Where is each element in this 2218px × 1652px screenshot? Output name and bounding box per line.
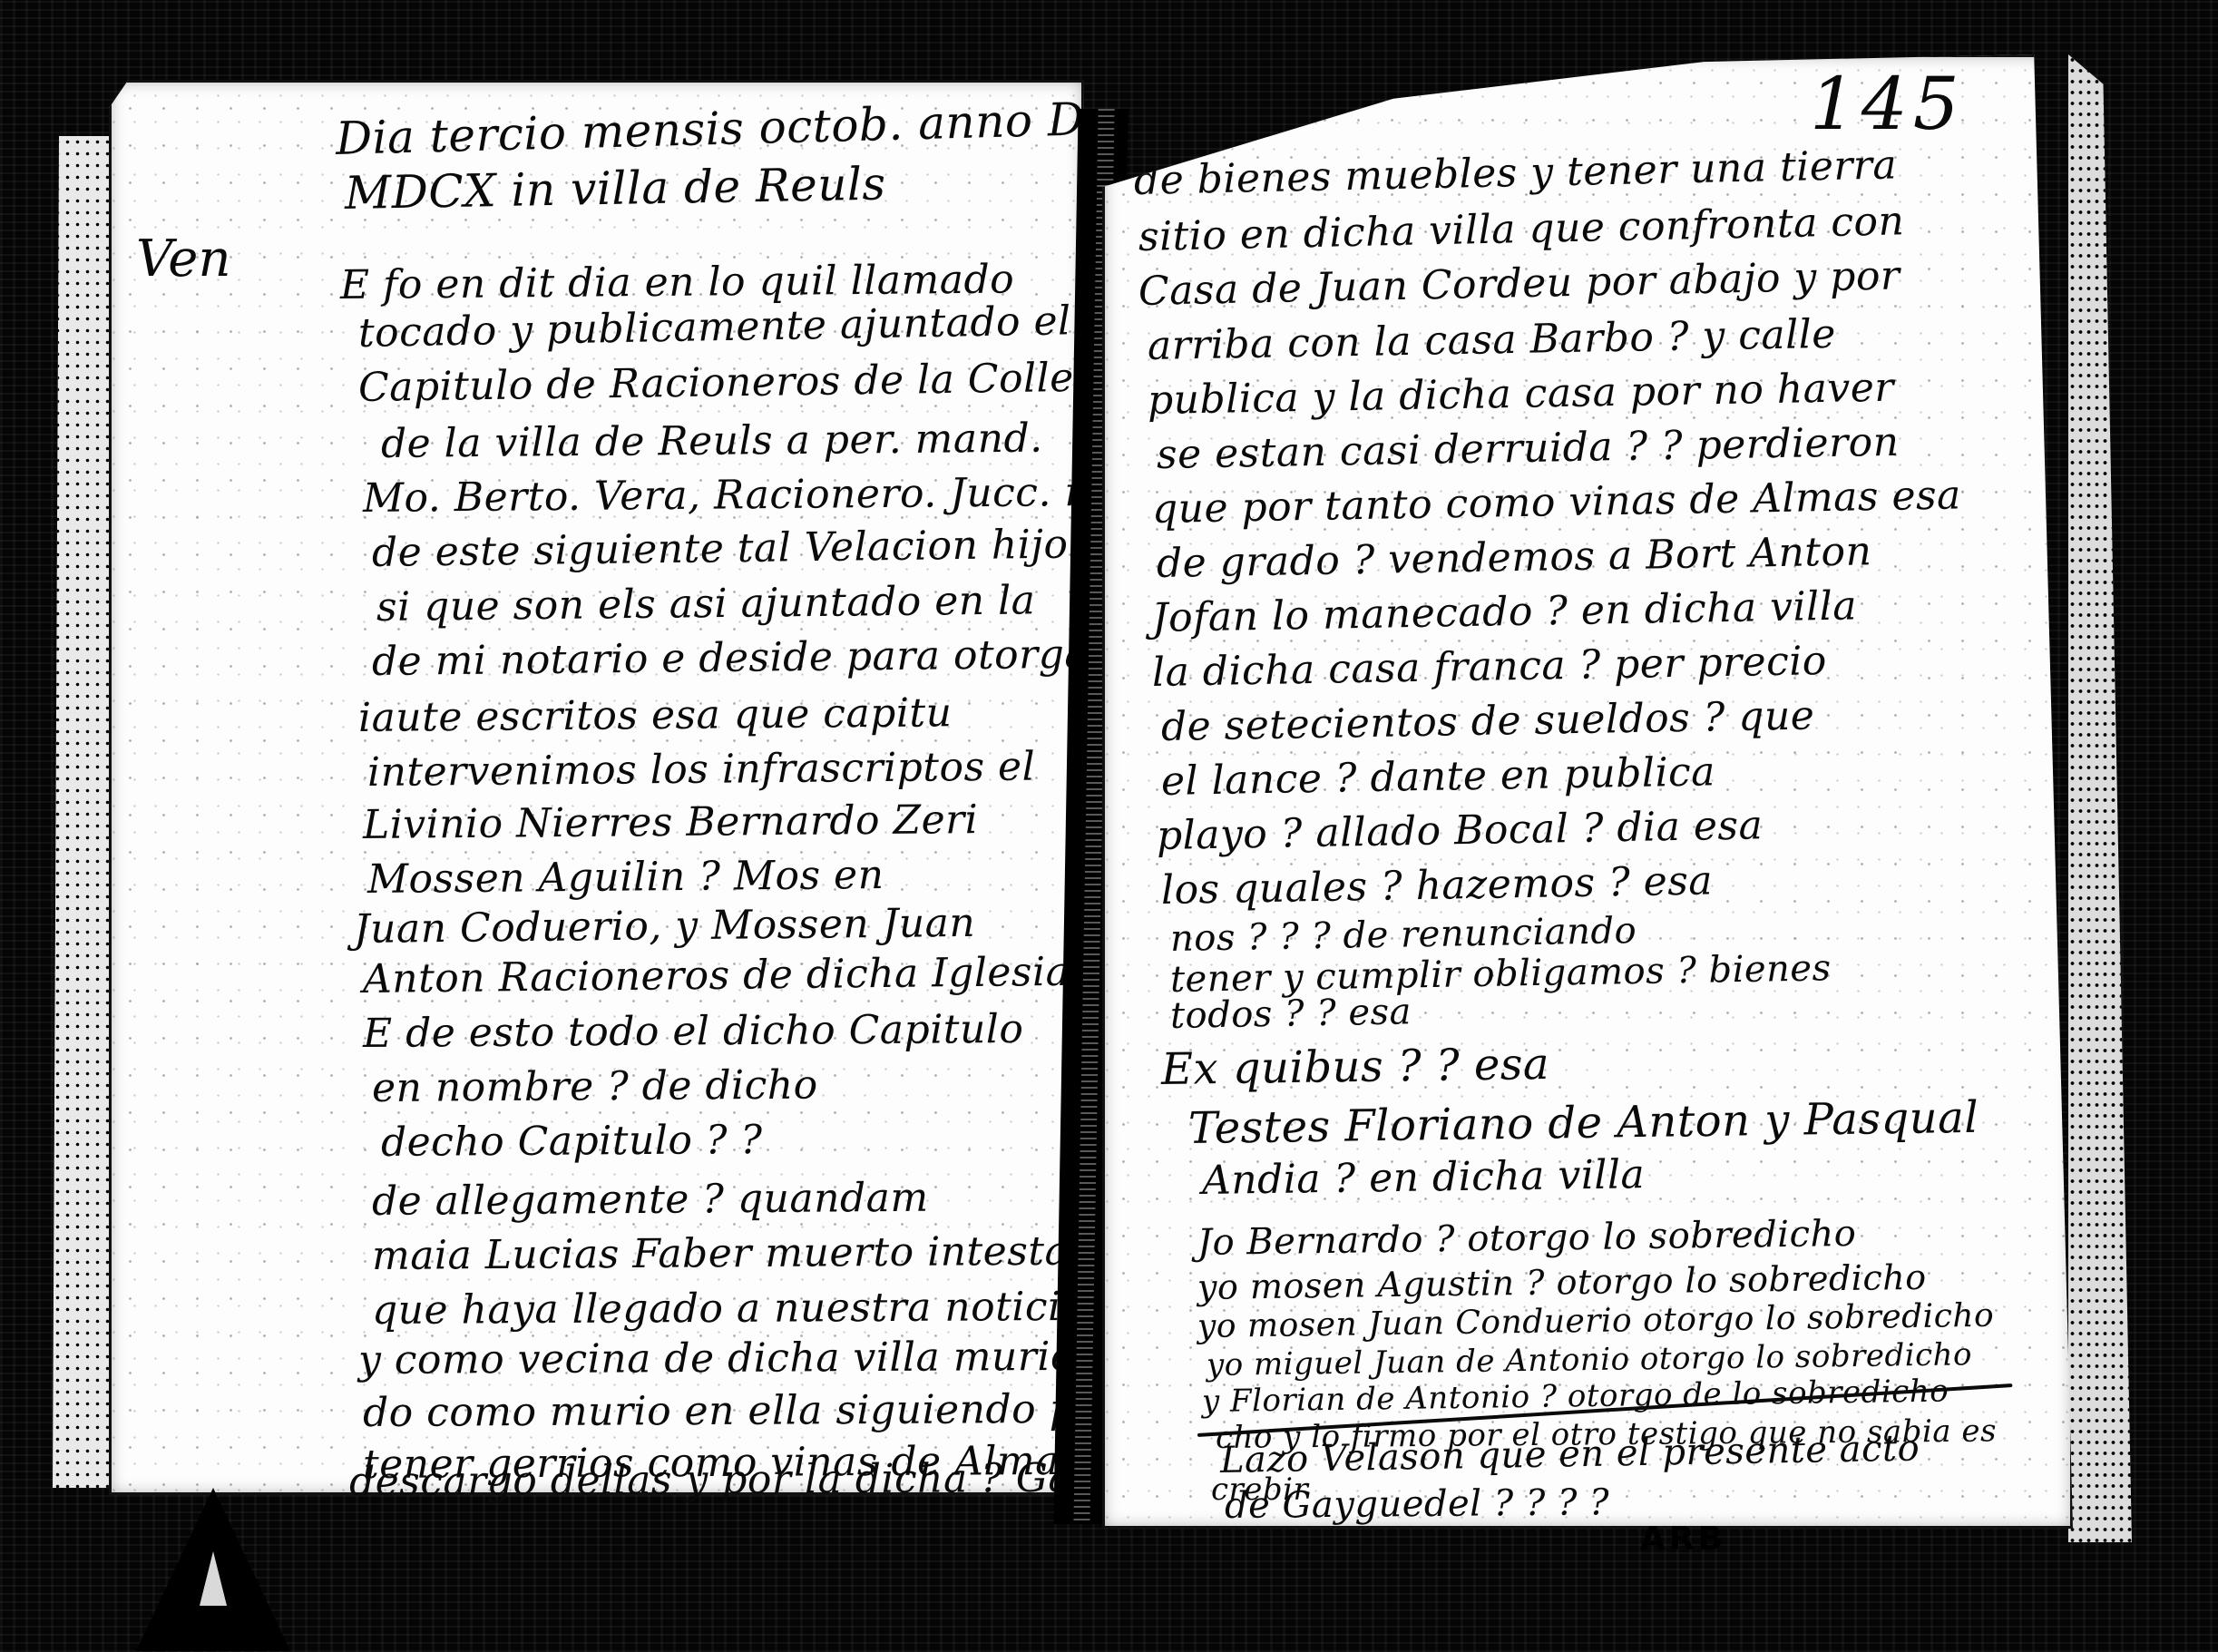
right-page-bottom-text: Lazo Velason que en el presente acto de … (0, 0, 2218, 1652)
text-line: de Gayguedel ? ? ? ? (1225, 1484, 1609, 1524)
microfilm-scan: Ven Dia tercio mensis octob. anno Dñi MD… (0, 0, 2218, 1652)
text-line: Lazo Velason que en el presente acto (1220, 1431, 1920, 1479)
archive-stamp: ARB (1640, 1520, 1726, 1558)
